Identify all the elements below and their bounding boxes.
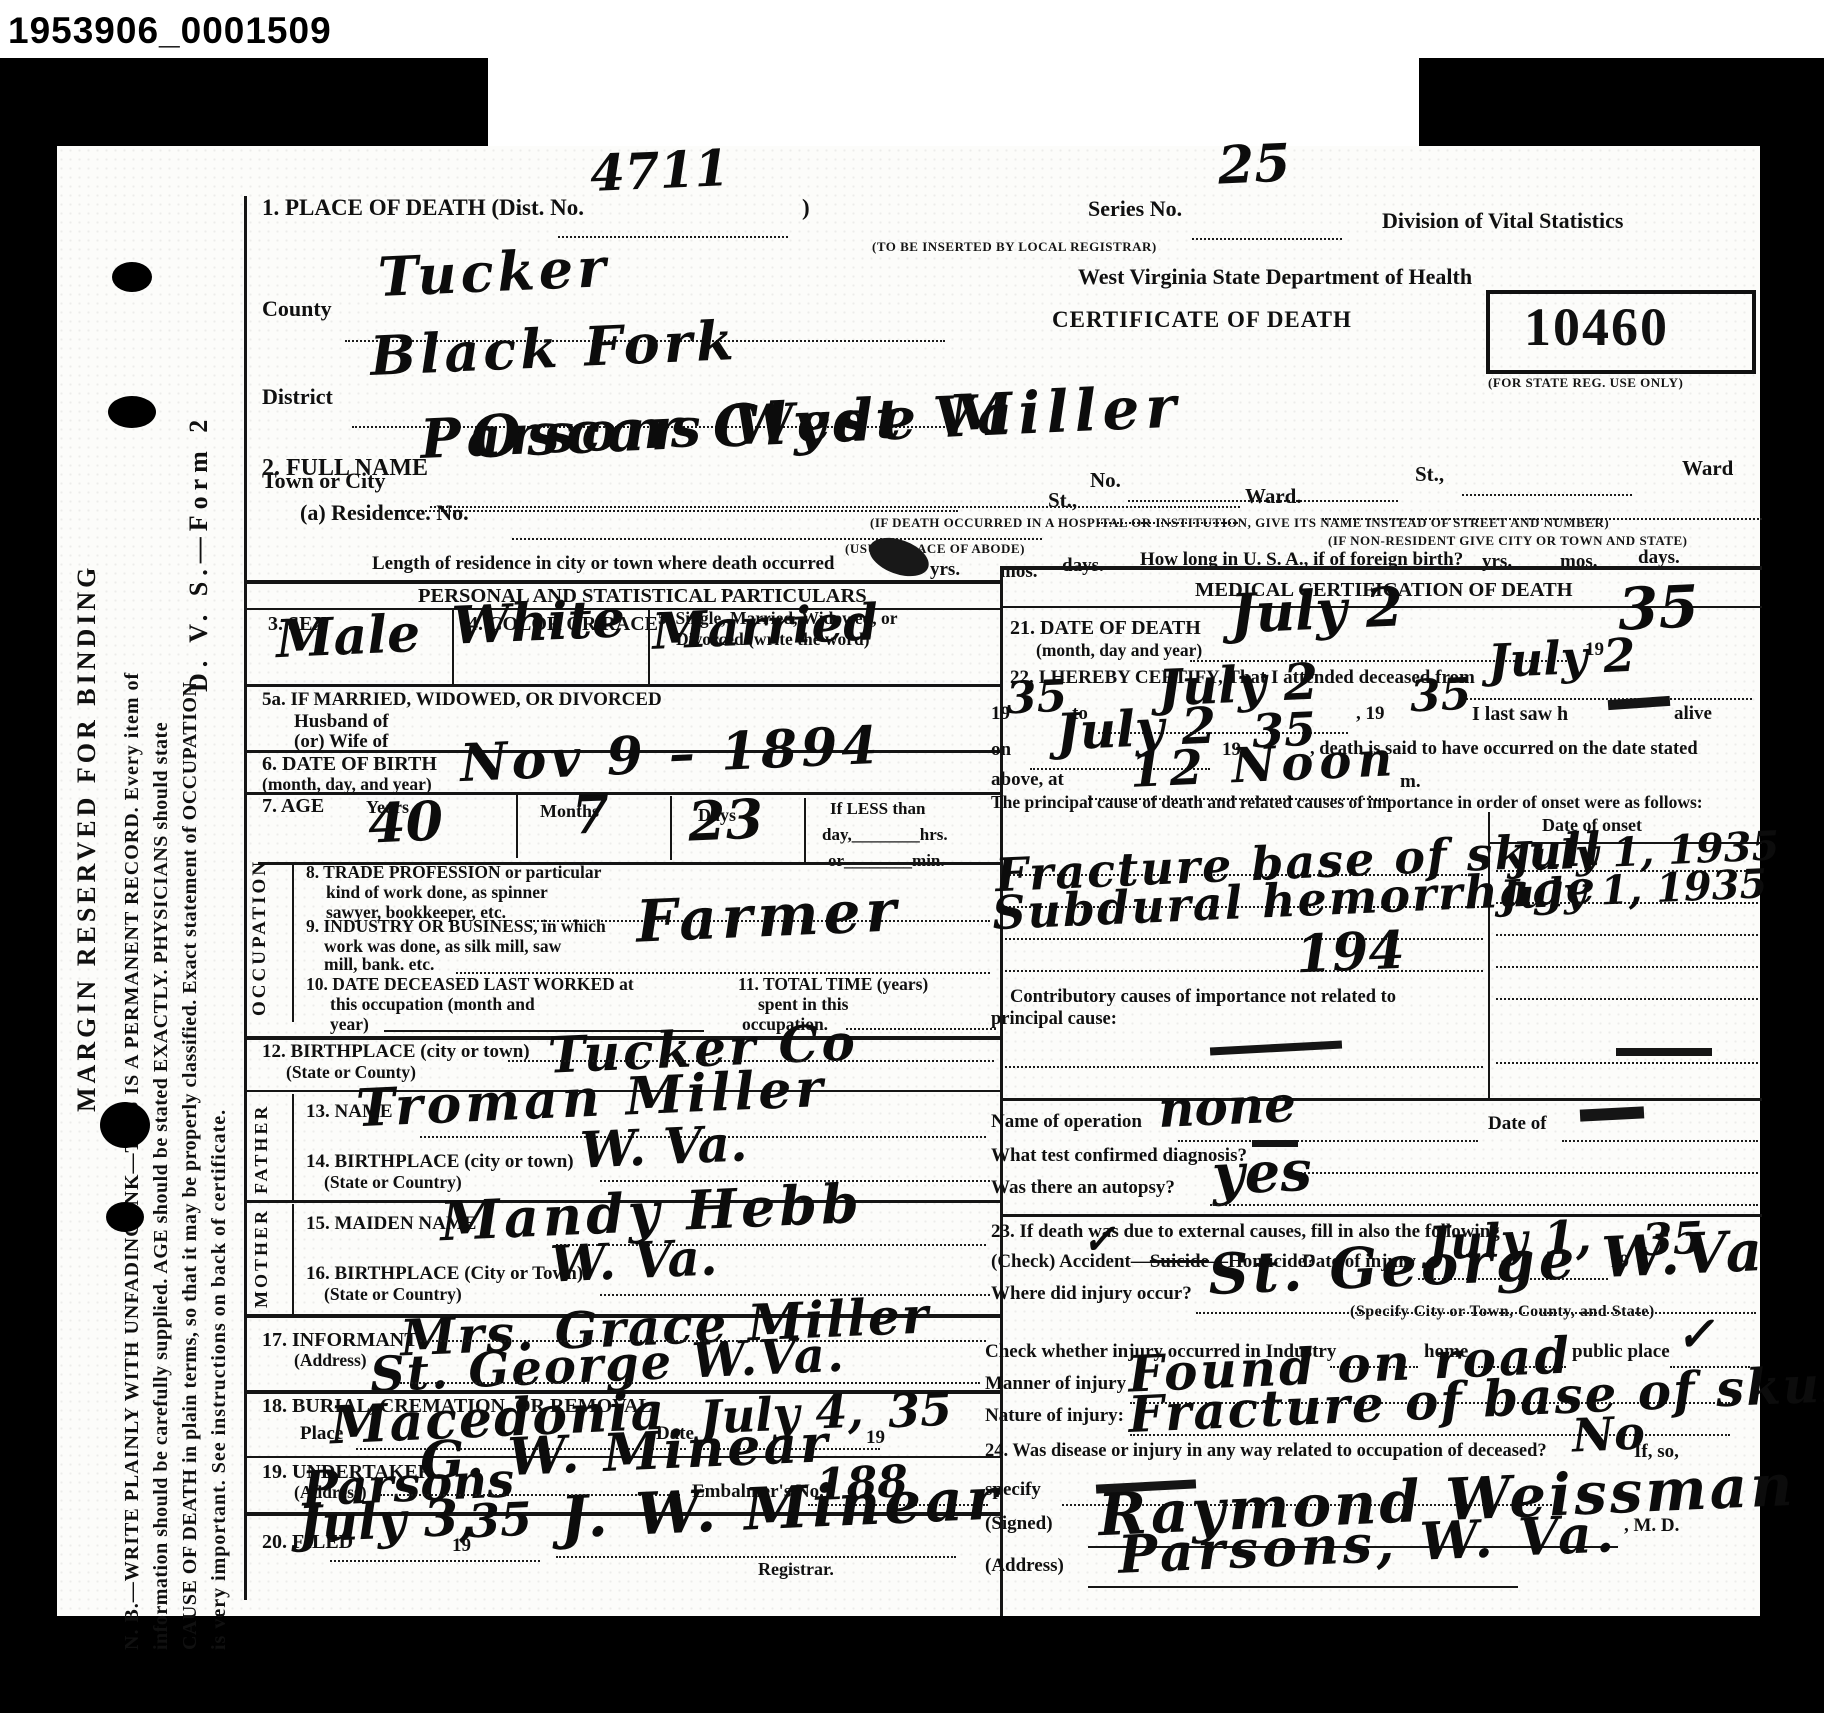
registrar-note: (TO BE INSERTED BY LOCAL REGISTRAR)	[872, 240, 1157, 253]
father-side-label: FATHER	[252, 1104, 270, 1194]
mos-label: mos.	[1000, 562, 1037, 581]
margin-nb-line3: CAUSE OF DEATH in plain terms, so that i…	[180, 682, 200, 1650]
rule	[1562, 1140, 1758, 1142]
series-no-value: 25	[1217, 140, 1291, 190]
alive-label: alive	[1674, 704, 1712, 723]
margin-binding-text: MARGIN RESERVED FOR BINDING	[74, 564, 100, 1112]
trade-label-1: 8. TRADE PROFESSION or particular	[306, 864, 601, 882]
color-race-value: White	[451, 596, 626, 650]
cell-divider	[516, 794, 518, 858]
ward-label: Ward	[1682, 458, 1733, 479]
margin-form-code: D. V. S.—Form 2	[186, 414, 212, 692]
specify-note: (Specify City or Town, County, and State…	[1350, 1304, 1655, 1320]
margin-nb-line1: N. B.—WRITE PLAINLY WITH UNFADING INK—TH…	[122, 672, 142, 1650]
rule	[1192, 238, 1342, 240]
rule	[512, 538, 1042, 540]
mother-birthplace-label: 16. BIRTHPLACE (City or Town)	[306, 1264, 583, 1283]
if-married-label: 5a. IF MARRIED, WIDOWED, OR DIVORCED	[262, 690, 662, 709]
specify-label: specify	[985, 1480, 1041, 1499]
attended-to-year: 35	[1409, 675, 1472, 717]
registration-number: 10460	[1524, 300, 1669, 354]
day-hrs-label: day,________hrs.	[822, 826, 948, 843]
dob-value: Nov 9 – 1894	[459, 723, 882, 788]
trade-label-2: kind of work done, as spinner	[326, 884, 548, 902]
rule	[1496, 934, 1758, 936]
series-no-label: Series No.	[1088, 198, 1182, 220]
md-label: , M. D.	[1624, 1516, 1679, 1535]
nature-injury-label: Nature of injury:	[985, 1406, 1124, 1425]
rule	[1496, 998, 1758, 1000]
husband-of-label: Husband of	[294, 712, 389, 731]
comma-19-label: , 19	[1356, 704, 1385, 723]
industry-value: Farmer	[635, 884, 902, 948]
residence-ward-label: Ward.	[1245, 486, 1302, 507]
county-value: Tucker	[377, 243, 610, 302]
occupation-bracket	[292, 864, 294, 1022]
filed-date-value: July 3,	[297, 1494, 476, 1547]
place-of-death-label: 1. PLACE OF DEATH (Dist. No.	[262, 196, 584, 219]
address-label: (Address)	[985, 1556, 1064, 1575]
residence-st-label: St.,	[1048, 490, 1077, 511]
operation-label: Name of operation	[991, 1112, 1142, 1131]
punch-hole	[108, 396, 156, 428]
dob-label: 6. DATE OF BIRTH	[262, 754, 437, 774]
total-time-label-1: 11. TOTAL TIME (years)	[738, 976, 928, 994]
rule	[1098, 522, 1238, 524]
rule	[398, 510, 958, 512]
filed-year-value: 35	[467, 1499, 533, 1543]
above-at-label: above, at	[991, 770, 1064, 789]
registrar-label: Registrar.	[758, 1560, 834, 1578]
signed-label: (Signed)	[985, 1514, 1053, 1533]
rule	[1005, 1066, 1483, 1068]
rule	[1322, 518, 1762, 520]
full-name-label: 2. FULL NAME	[262, 456, 428, 480]
cell-divider	[670, 796, 672, 860]
last-saw-label: I last saw h	[1472, 704, 1568, 724]
nonresident-note: (IF NON-RESIDENT GIVE CITY OR TOWN AND S…	[1328, 534, 1687, 547]
suicide-struck-label: Suicide	[1150, 1251, 1209, 1272]
certificate-title: CERTIFICATE OF DEATH	[1052, 308, 1352, 331]
rule	[330, 1560, 540, 1562]
cell-divider	[648, 608, 650, 684]
age-days-value: 23	[687, 794, 764, 846]
date-of-death-label: 21. DATE OF DEATH	[1010, 618, 1201, 638]
street-no-label: No.	[1090, 470, 1121, 491]
division-title: Division of Vital Statistics	[1382, 210, 1623, 232]
contributory-label-2: principal cause:	[991, 1010, 1117, 1029]
last-worked-label-1: 10. DATE DECEASED LAST WORKED at	[306, 976, 634, 994]
rule	[430, 506, 1240, 508]
rule	[1088, 1586, 1518, 1588]
total-time-label-2: spent in this	[758, 996, 848, 1014]
mother-birthplace-value: W. Va.	[549, 1234, 718, 1286]
rule	[244, 684, 1002, 687]
q24-label: 24. Was disease or injury in any way rel…	[985, 1442, 1547, 1461]
place-of-death-paren: )	[802, 196, 810, 219]
check-label: (Check) Accident—	[991, 1251, 1150, 1272]
age-label: 7. AGE	[262, 796, 324, 816]
scan-id-label: 1953906_0001509	[8, 10, 332, 52]
rule	[1002, 1098, 1762, 1101]
autopsy-label: Was there an autopsy?	[991, 1178, 1175, 1197]
st-label: St.,	[1415, 464, 1444, 485]
operation-value: none	[1157, 1081, 1297, 1132]
district-label: District	[262, 386, 333, 408]
cell-divider	[804, 798, 806, 862]
rule	[244, 580, 1002, 584]
attended-from-value: July 2	[1487, 635, 1636, 683]
public-place-label: public place	[1572, 1342, 1670, 1361]
date-of-death-month: July 2	[1229, 582, 1404, 638]
margin-nb-line2: information should be carefully supplied…	[151, 722, 171, 1650]
test-confirmed-label: What test confirmed diagnosis?	[991, 1146, 1247, 1165]
operation-date-label: Date of	[1488, 1114, 1547, 1133]
birthplace-label: 12. BIRTHPLACE (city or town)	[262, 1042, 530, 1061]
burial-19-label: 19	[866, 1428, 885, 1447]
length-residence-label: Length of residence in city or town wher…	[372, 554, 834, 573]
scanned-death-certificate: 1953906_0001509 D. V. S.—Form 2 MARGIN R…	[0, 0, 1824, 1713]
principal-cause-label: The principal cause of death and related…	[991, 794, 1703, 812]
death-time-value: 12 Noon	[1129, 738, 1399, 793]
manner-injury-label: Manner of injury	[985, 1374, 1126, 1393]
handwriting-dash	[1616, 1048, 1712, 1056]
father-bracket	[292, 1094, 294, 1200]
age-months-value: 7	[571, 789, 611, 839]
department-title: West Virginia State Department of Health	[1078, 266, 1472, 288]
mother-birthplace-sublabel: (State or Country)	[324, 1286, 462, 1304]
rule	[1462, 494, 1632, 496]
industry-label-3: mill, bank. etc.	[324, 956, 434, 974]
if-less-label: If LESS than	[830, 800, 925, 817]
rule	[244, 792, 1002, 795]
occupation-side-label: OCCUPATION	[250, 859, 269, 1016]
industry-label-2: work was done, as silk mill, saw	[324, 938, 561, 956]
mother-side-label: MOTHER	[252, 1208, 270, 1308]
punch-hole	[112, 262, 152, 292]
contributory-label-1: Contributory causes of importance not re…	[1010, 988, 1396, 1007]
wife-of-label: (or) Wife of	[294, 732, 388, 751]
residence-label: (a) Residence. No.	[300, 502, 469, 524]
father-birthplace-value: W. Va.	[579, 1120, 748, 1172]
age-years-value: 40	[367, 796, 444, 848]
burial-year-value: 35	[887, 1389, 953, 1433]
rule	[1288, 1172, 1758, 1174]
last-worked-label-2: this occupation (month and	[330, 996, 535, 1014]
rule	[1496, 1062, 1758, 1064]
or-min-label: or________min.	[828, 852, 945, 869]
rule	[1005, 938, 1483, 940]
registrar-signature: J. W. Minear	[559, 1472, 1002, 1543]
mother-bracket	[292, 1204, 294, 1314]
punch-hole	[106, 1202, 144, 1232]
punch-hole	[100, 1102, 150, 1148]
county-label: County	[262, 298, 332, 320]
rule	[846, 1028, 996, 1030]
informant-sublabel: (Address)	[294, 1352, 367, 1370]
father-birthplace-label: 14. BIRTHPLACE (city or town)	[306, 1152, 574, 1171]
rule	[1002, 566, 1762, 570]
m-label: m.	[1400, 772, 1421, 791]
rule	[1496, 966, 1758, 968]
public-place-check: ✓	[1675, 1313, 1715, 1356]
accident-check-mark: ✓	[1081, 1221, 1116, 1258]
district-number-value: 4711	[589, 145, 730, 196]
state-reg-note: (FOR STATE REG. USE ONLY)	[1488, 376, 1683, 389]
rule	[1005, 970, 1483, 972]
district-value: Black Fork	[369, 316, 738, 381]
marital-status-value: Married	[651, 599, 879, 654]
rule	[556, 1556, 956, 1558]
yrs-label: yrs.	[930, 560, 960, 579]
industry-label-1: 9. INDUSTRY OR BUSINESS, in which	[306, 918, 606, 936]
autopsy-value: yes	[1211, 1146, 1313, 1201]
usa-days-label: days.	[1638, 548, 1680, 567]
rule	[1210, 1204, 1758, 1206]
last-worked-label-3: year)	[330, 1016, 369, 1034]
where-injury-label: Where did injury occur?	[991, 1284, 1192, 1303]
cause-code-value: 194	[1295, 928, 1405, 979]
on-label: on	[991, 740, 1011, 759]
sex-value: Male	[275, 611, 421, 664]
onset-line2-value: July 1, 1935	[1499, 866, 1768, 914]
margin-nb-line4: is very important. See instructions on b…	[209, 1109, 229, 1650]
